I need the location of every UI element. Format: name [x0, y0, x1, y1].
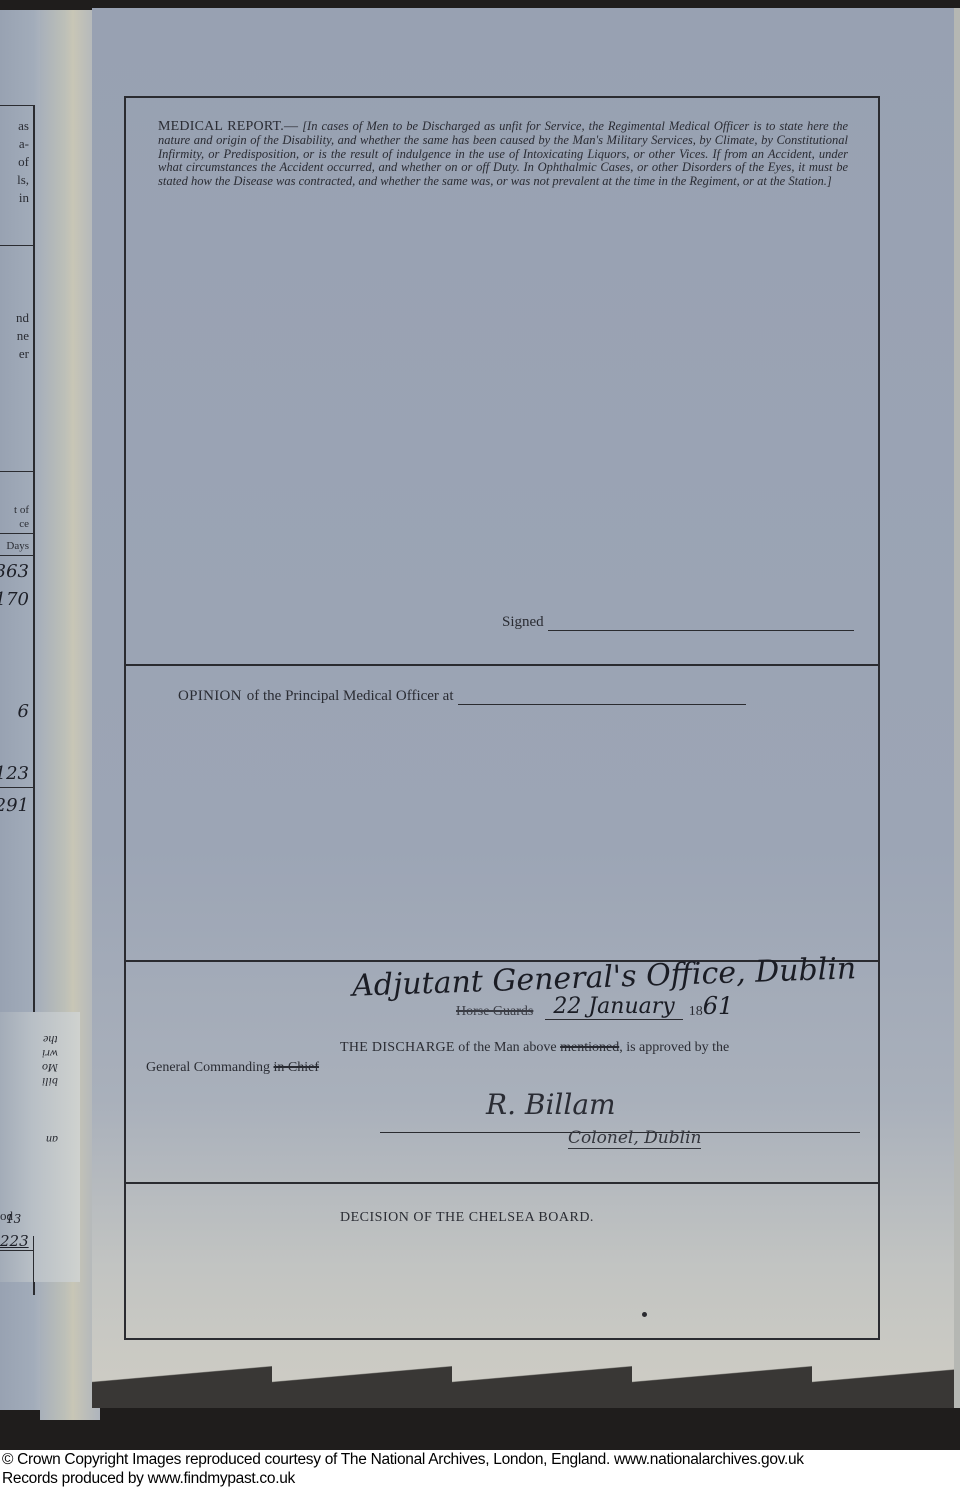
handwritten-value: 123: [0, 763, 29, 784]
divider: [0, 245, 33, 246]
opinion-label: of the Principal Medical Officer at: [247, 688, 454, 705]
medical-report-heading: MEDICAL REPORT.—: [158, 119, 298, 134]
text-fragment: as: [18, 117, 29, 135]
handwritten-value: 363: [0, 561, 29, 582]
chelsea-board-section: [126, 1182, 878, 1340]
opinion-label-caps: OPINION: [178, 688, 242, 705]
divider: [0, 1250, 33, 1251]
year-printed: 18: [689, 1004, 703, 1020]
opinion-section: OPINION of the Principal Medical Officer…: [126, 664, 878, 962]
discharge-text-end: , is approved by the: [619, 1040, 729, 1055]
text-fragment: in: [19, 189, 29, 207]
opinion-row: OPINION of the Principal Medical Officer…: [178, 688, 746, 705]
divider: [0, 471, 33, 472]
handwritten-value: 13: [6, 1212, 76, 1226]
records-line: Records produced by www.findmypast.co.uk: [0, 1469, 960, 1488]
divider: [0, 533, 33, 534]
struck-printed-place: Horse Guards: [456, 1004, 533, 1020]
general-commanding-line: General Commanding in Chief: [146, 1060, 319, 1076]
text-fragment: wri: [42, 1046, 58, 1061]
handwritten-value: 291: [0, 795, 29, 816]
handwritten-date: 22 January: [545, 994, 682, 1020]
folded-flap: the wri Mo bili an od 13 223: [0, 1012, 80, 1282]
divider: [0, 787, 33, 788]
ink-spot: [642, 1312, 647, 1317]
signature-primary: R. Billam: [486, 1088, 616, 1121]
text-fragment: er: [19, 345, 29, 363]
signed-row: Signed: [502, 614, 854, 631]
struck-in-chief: in Chief: [274, 1060, 320, 1075]
medical-report-section: MEDICAL REPORT.— [In cases of Men to be …: [126, 98, 878, 664]
form-frame: MEDICAL REPORT.— [In cases of Men to be …: [124, 96, 880, 1340]
signature-secondary: Colonel, Dublin: [568, 1128, 701, 1149]
scanned-document: as a- of ls, in nd ne er t of ce Days 36…: [0, 0, 960, 1450]
date-row: Horse Guards 22 January 18 61: [456, 992, 733, 1020]
chelsea-board-heading: DECISION OF THE CHELSEA BOARD.: [340, 1210, 594, 1226]
signed-field[interactable]: [548, 616, 854, 631]
divider: [33, 1236, 34, 1282]
opinion-location-field[interactable]: [458, 690, 746, 705]
discharge-text: of the Man above: [458, 1040, 556, 1055]
column-header: ce: [19, 515, 29, 533]
handwritten-value: 223: [0, 1232, 76, 1250]
copyright-line: © Crown Copyright Images reproduced cour…: [0, 1450, 960, 1469]
column-header: Days: [6, 537, 29, 555]
text-fragment: ne: [17, 327, 29, 345]
year-handwritten: 61: [703, 992, 734, 1020]
text-fragment: a-: [19, 135, 29, 153]
general-commanding: General Commanding: [146, 1060, 270, 1075]
discharge-caps: THE DISCHARGE: [340, 1040, 455, 1055]
medical-report-instructions: MEDICAL REPORT.— [In cases of Men to be …: [158, 120, 848, 189]
text-fragment: the: [43, 1032, 58, 1047]
text-fragment: ls,: [17, 171, 29, 189]
text-fragment: nd: [16, 309, 29, 327]
text-fragment: of: [18, 153, 29, 171]
copyright-footer: © Crown Copyright Images reproduced cour…: [0, 1450, 960, 1490]
handwritten-value: 6: [18, 701, 29, 722]
signed-label: Signed: [502, 614, 544, 631]
text-fragment: bili: [42, 1074, 58, 1089]
divider: [0, 555, 33, 556]
text-fragment: Mo: [42, 1060, 58, 1075]
handwritten-value: 170: [0, 589, 29, 610]
discharge-mentioned: mentioned: [560, 1040, 619, 1055]
discharge-statement: THE DISCHARGE of the Man above mentioned…: [340, 1040, 729, 1056]
text-fragment: an: [46, 1132, 58, 1147]
divider: [0, 105, 33, 106]
